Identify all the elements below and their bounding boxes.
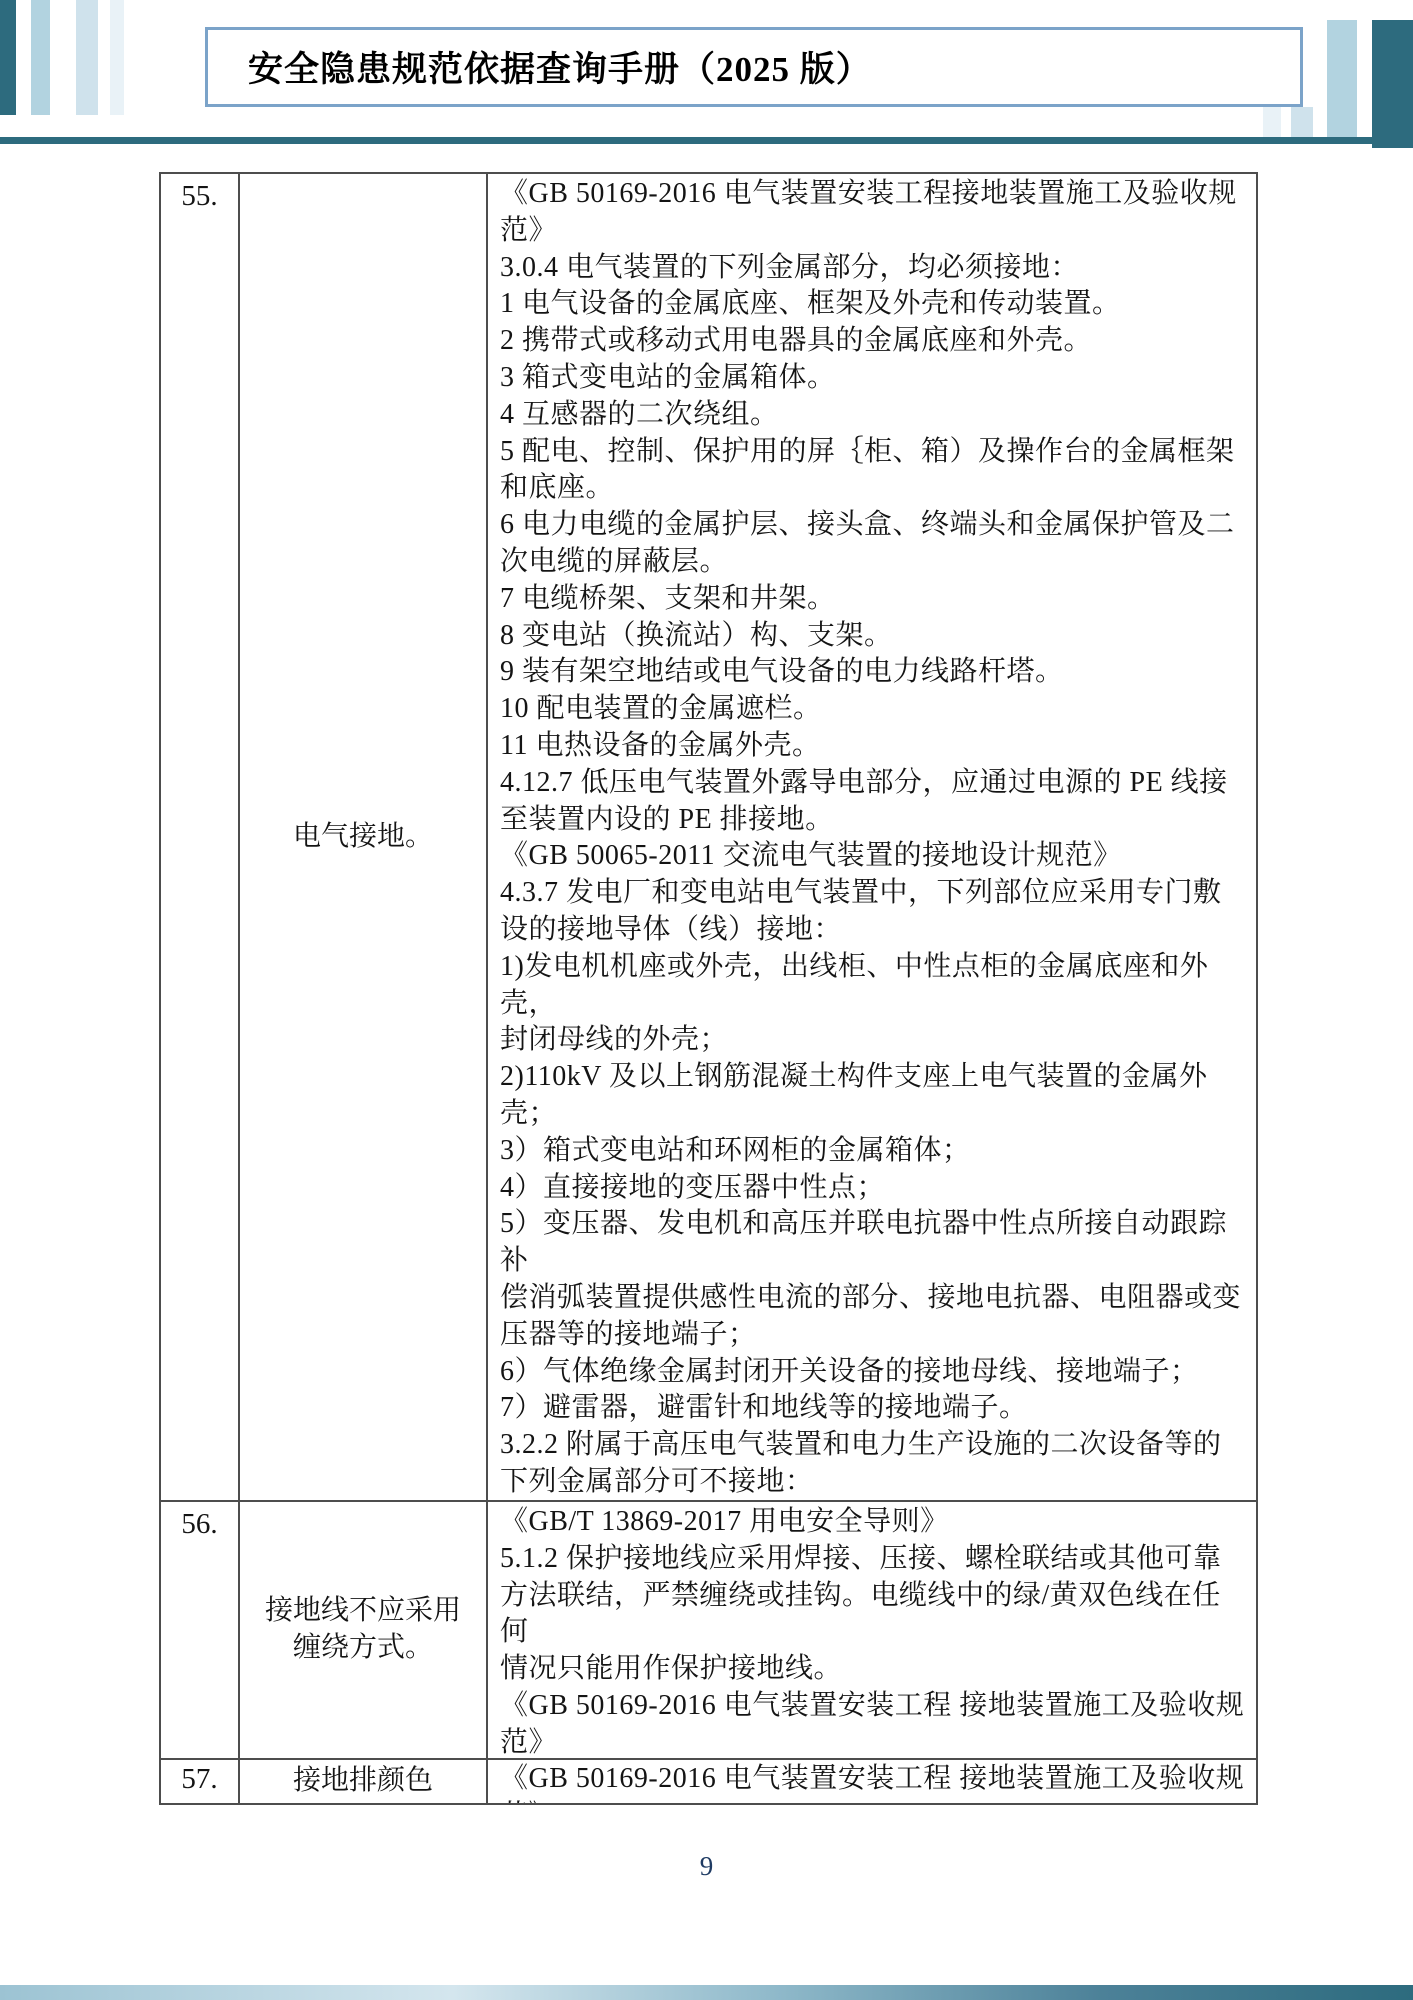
header-stripe-right-light <box>1291 107 1313 138</box>
document-page: 安全隐患规范依据查询手册（2025 版） 55. 电气接地。 《GB 50169… <box>0 0 1413 2000</box>
row-category-cell: 接地线不应采用 缠绕方式。 <box>240 1502 488 1758</box>
row-content-cell: 《GB/T 13869-2017 用电安全导则》 5.1.2 保护接地线应采用焊… <box>488 1502 1256 1758</box>
header-stripe-left-medium <box>31 0 50 115</box>
regulation-table: 55. 电气接地。 《GB 50169-2016 电气装置安装工程接地装置施工及… <box>159 172 1258 1805</box>
row-category-cell: 接地排颜色 <box>240 1760 488 1803</box>
header-stripe-right-medium <box>1327 20 1357 138</box>
page-number: 9 <box>0 1851 1413 1882</box>
header-stripe-right-dark <box>1372 20 1413 148</box>
header-stripe-left-extralight <box>110 0 124 115</box>
row-content-cell: 《GB 50169-2016 电气装置安装工程 接地装置施工及验收规范》 <box>488 1760 1256 1803</box>
header-stripe-left-dark <box>0 0 16 115</box>
header-title-box: 安全隐患规范依据查询手册（2025 版） <box>205 27 1303 107</box>
table-row: 56. 接地线不应采用 缠绕方式。 《GB/T 13869-2017 用电安全导… <box>161 1502 1256 1760</box>
row-category-cell: 电气接地。 <box>240 174 488 1500</box>
row-content-cell: 《GB 50169-2016 电气装置安装工程接地装置施工及验收规范》 3.0.… <box>488 174 1256 1500</box>
row-number-cell: 57. <box>161 1760 240 1803</box>
table-row: 55. 电气接地。 《GB 50169-2016 电气装置安装工程接地装置施工及… <box>161 174 1256 1502</box>
row-number-cell: 55. <box>161 174 240 1500</box>
header-divider-rule <box>0 137 1413 144</box>
footer-decoration-band <box>0 1985 1413 2000</box>
table-row: 57. 接地排颜色 《GB 50169-2016 电气装置安装工程 接地装置施工… <box>161 1760 1256 1803</box>
row-number-cell: 56. <box>161 1502 240 1758</box>
header-stripe-left-light <box>76 0 98 115</box>
page-title: 安全隐患规范依据查询手册（2025 版） <box>248 42 872 92</box>
header-stripe-right-extralight <box>1263 107 1281 138</box>
